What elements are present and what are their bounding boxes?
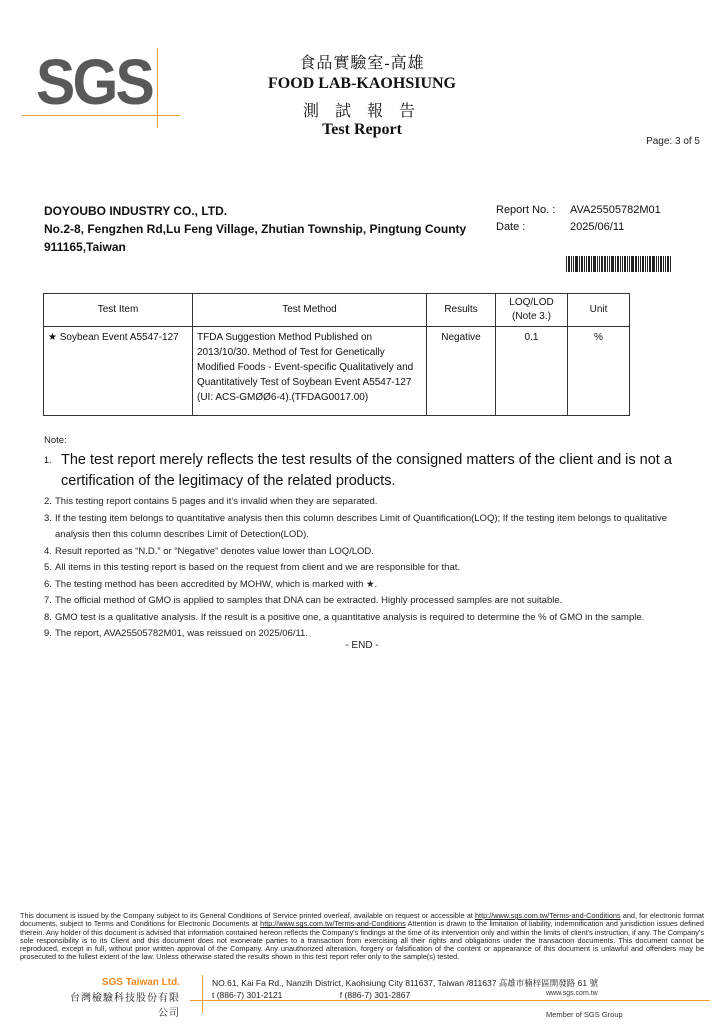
cell-result: Negative bbox=[427, 327, 496, 416]
header-unit: Unit bbox=[568, 294, 630, 327]
barcode-bar bbox=[631, 256, 634, 272]
date-label: Date : bbox=[496, 219, 570, 236]
note-item: 6. The testing method has been accredite… bbox=[44, 577, 694, 594]
page-number: Page: 3 of 5 bbox=[646, 136, 700, 147]
barcode-bar bbox=[645, 256, 646, 272]
report-no-label: Report No. : bbox=[496, 202, 570, 219]
logo-vertical-line bbox=[157, 48, 158, 128]
lab-title-en: FOOD LAB-KAOHSIUNG bbox=[200, 75, 524, 93]
barcode-bar bbox=[665, 256, 666, 272]
client-address-line1: No.2-8, Fengzhen Rd,Lu Feng Village, Zhu… bbox=[44, 220, 484, 238]
barcode-bar bbox=[652, 256, 655, 272]
note-item: 8. GMO test is a qualitative analysis. I… bbox=[44, 610, 694, 627]
header-test-method: Test Method bbox=[193, 294, 427, 327]
note-item: 1. The test report merely reflects the t… bbox=[44, 450, 694, 492]
note-text: All items in this testing report is base… bbox=[55, 560, 460, 577]
barcode-bar bbox=[588, 256, 590, 272]
legal-disclaimer: This document is issued by the Company s… bbox=[20, 912, 704, 962]
footer-horizontal-divider bbox=[190, 1000, 710, 1001]
barcode-icon bbox=[566, 256, 678, 272]
barcode-bar bbox=[593, 256, 596, 272]
barcode-bar bbox=[663, 256, 664, 272]
note-item: 2. This testing report contains 5 pages … bbox=[44, 494, 694, 511]
end-marker: - END - bbox=[0, 640, 724, 651]
note-item: 5. All items in this testing report is b… bbox=[44, 560, 694, 577]
note-number: 5. bbox=[44, 560, 55, 577]
barcode-bar bbox=[638, 256, 639, 272]
company-block: SGS Taiwan Ltd. 台灣檢驗科技股份有限公司 bbox=[60, 977, 180, 1019]
table-row: ★ Soybean Event A5547-127 TFDA Suggestio… bbox=[44, 327, 630, 416]
barcode-bar bbox=[566, 256, 567, 272]
barcode-bar bbox=[581, 256, 583, 272]
report-title-zh: 測 試 報 告 bbox=[200, 98, 524, 121]
member-of-sgs-group: Member of SGS Group bbox=[546, 1010, 623, 1019]
note-text: This testing report contains 5 pages and… bbox=[55, 494, 377, 511]
barcode-bar bbox=[624, 256, 626, 272]
date-value: 2025/06/11 bbox=[570, 219, 624, 236]
barcode-bar bbox=[667, 256, 669, 272]
note-text: If the testing item belongs to quantitat… bbox=[55, 511, 694, 544]
cell-test-method: TFDA Suggestion Method Published on 2013… bbox=[193, 327, 427, 416]
sgs-logo: SGS bbox=[22, 48, 182, 123]
client-address-line2: 911165,Taiwan bbox=[44, 238, 484, 256]
report-meta: Report No. : AVA25505782M01 Date : 2025/… bbox=[496, 202, 661, 236]
barcode-bar bbox=[571, 256, 572, 272]
company-address: NO.61, Kai Fa Rd., Nanzih District, Kaoh… bbox=[212, 977, 598, 989]
website-link[interactable]: www.sgs.com.tw bbox=[546, 990, 598, 997]
note-number: 7. bbox=[44, 593, 55, 610]
barcode-bar bbox=[586, 256, 587, 272]
barcode-bar bbox=[597, 256, 598, 272]
fax-number: f (886-7) 301-2867 bbox=[340, 990, 410, 1000]
table-header-row: Test Item Test Method Results LOQ/LOD (N… bbox=[44, 294, 630, 327]
barcode-bar bbox=[617, 256, 619, 272]
barcode-bar bbox=[601, 256, 603, 272]
note-text: The official method of GMO is applied to… bbox=[55, 593, 562, 610]
sgs-logo-text: SGS bbox=[36, 50, 152, 114]
report-title-en: Test Report bbox=[200, 121, 524, 139]
report-no-value: AVA25505782M01 bbox=[570, 202, 661, 219]
barcode-bar bbox=[607, 256, 608, 272]
barcode-bar bbox=[642, 256, 644, 272]
header-loq-lod-line2: (Note 3.) bbox=[500, 310, 563, 324]
barcode-bar bbox=[575, 256, 578, 272]
barcode-bar bbox=[658, 256, 659, 272]
note-item: 7. The official method of GMO is applied… bbox=[44, 593, 694, 610]
barcode-bar bbox=[584, 256, 585, 272]
barcode-bar bbox=[599, 256, 600, 272]
note-text: GMO test is a qualitative analysis. If t… bbox=[55, 610, 644, 627]
note-item: 4. Result reported as “N.D.” or “Negativ… bbox=[44, 544, 694, 561]
barcode-bar bbox=[629, 256, 630, 272]
notes-title: Note: bbox=[44, 435, 694, 446]
footer-vertical-divider bbox=[202, 975, 203, 1013]
client-name: DOYOUBO INDUSTRY CO., LTD. bbox=[44, 202, 484, 220]
cell-unit: % bbox=[568, 327, 630, 416]
lab-title-zh: 食品實驗室-高雄 bbox=[200, 50, 524, 73]
barcode-bar bbox=[660, 256, 662, 272]
barcode-bar bbox=[622, 256, 623, 272]
header-loq-lod-line1: LOQ/LOD bbox=[500, 296, 563, 310]
header-test-item: Test Item bbox=[44, 294, 193, 327]
note-number: 6. bbox=[44, 577, 55, 594]
note-number: 2. bbox=[44, 494, 55, 511]
barcode-bar bbox=[620, 256, 621, 272]
cell-test-item: ★ Soybean Event A5547-127 bbox=[44, 327, 193, 416]
barcode-bar bbox=[670, 256, 671, 272]
company-name-en: SGS Taiwan Ltd. bbox=[60, 977, 180, 988]
note-number: 3. bbox=[44, 511, 55, 544]
barcode-bar bbox=[573, 256, 574, 272]
header-results: Results bbox=[427, 294, 496, 327]
notes-section: Note: 1. The test report merely reflects… bbox=[44, 435, 694, 643]
header-loq-lod: LOQ/LOD (Note 3.) bbox=[496, 294, 568, 327]
date-row: Date : 2025/06/11 bbox=[496, 219, 661, 236]
company-name-zh: 台灣檢驗科技股份有限公司 bbox=[60, 989, 180, 1019]
barcode-bar bbox=[615, 256, 616, 272]
barcode-bar bbox=[591, 256, 592, 272]
note-text: Result reported as “N.D.” or “Negative” … bbox=[55, 544, 374, 561]
barcode-bar bbox=[611, 256, 614, 272]
barcode-bar bbox=[635, 256, 637, 272]
client-block: DOYOUBO INDUSTRY CO., LTD. No.2-8, Fengz… bbox=[44, 202, 484, 256]
barcode-bar bbox=[647, 256, 648, 272]
note-item: 3. If the testing item belongs to quanti… bbox=[44, 511, 694, 544]
barcode-bar bbox=[649, 256, 651, 272]
barcode-bar bbox=[656, 256, 657, 272]
barcode-bar bbox=[609, 256, 610, 272]
note-number: 4. bbox=[44, 544, 55, 561]
contact-numbers: t (886-7) 301-2121 f (886-7) 301-2867 bbox=[212, 990, 410, 1000]
note-number: 8. bbox=[44, 610, 55, 627]
barcode-bar bbox=[604, 256, 606, 272]
results-table: Test Item Test Method Results LOQ/LOD (N… bbox=[43, 293, 630, 416]
note-text: The test report merely reflects the test… bbox=[61, 450, 694, 492]
barcode-bar bbox=[579, 256, 580, 272]
barcode-bar bbox=[640, 256, 641, 272]
cell-loq-lod: 0.1 bbox=[496, 327, 568, 416]
note-text: The testing method has been accredited b… bbox=[55, 577, 377, 594]
report-no-row: Report No. : AVA25505782M01 bbox=[496, 202, 661, 219]
note-number: 1. bbox=[44, 450, 61, 492]
phone-number: t (886-7) 301-2121 bbox=[212, 990, 282, 1000]
barcode-bar bbox=[627, 256, 628, 272]
barcode-bar bbox=[568, 256, 570, 272]
